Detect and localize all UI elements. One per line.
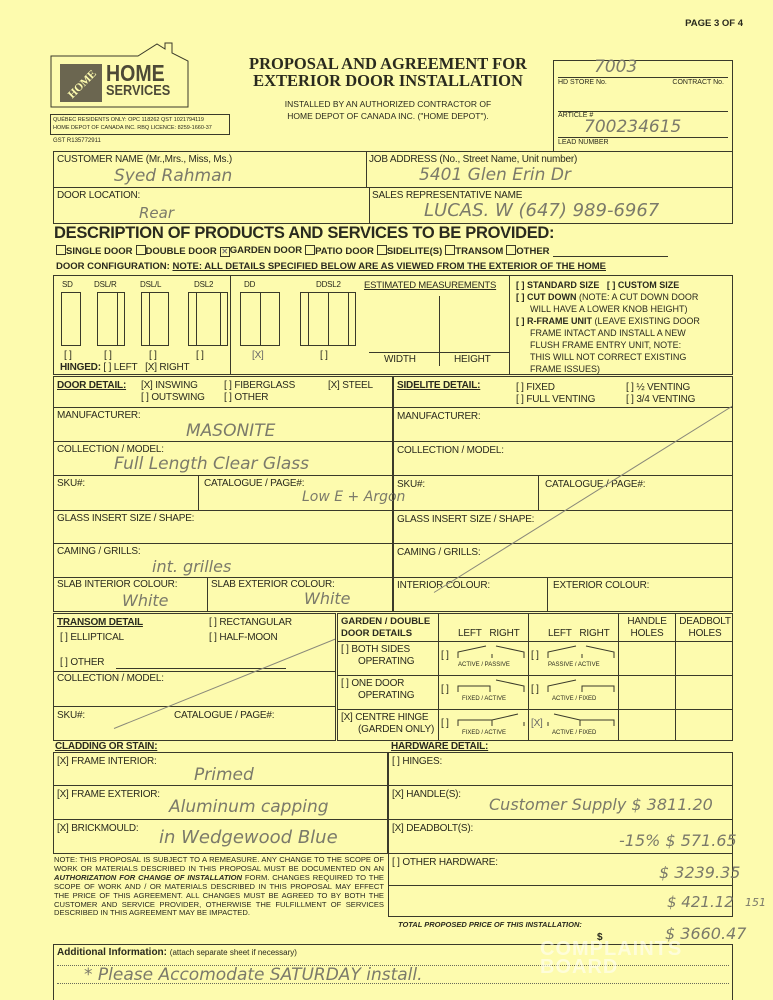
hardware-block: [ ] HINGES: [X] HANDLE(S): Customer Supp…: [388, 752, 733, 917]
passive-active-caption: PASSIVE / ACTIVE: [548, 662, 600, 668]
config-sd-diagram: [61, 292, 81, 346]
subtitle-line-2: HOME DEPOT OF CANADA INC. ("HOME DEPOT")…: [228, 110, 548, 122]
centre-fixed-active-caption: FIXED / ACTIVE: [462, 730, 506, 736]
hardware-heading: HARDWARE DETAIL:: [391, 741, 488, 752]
checkbox-icon[interactable]: [305, 245, 315, 255]
config-dsl2-checkbox[interactable]: [ ]: [196, 350, 204, 361]
door-type-options: SINGLE DOOR DOUBLE DOOR ✕GARDEN DOOR PAT…: [56, 245, 668, 257]
inswing-checkbox[interactable]: [X] INSWING: [141, 380, 198, 391]
quebec-info-box: QUÉBEC RESIDENTS ONLY: OPC 118262 QST 10…: [50, 114, 230, 135]
config-dsll-diagram: [141, 292, 169, 346]
active-passive-checkbox[interactable]: [ ]: [441, 650, 449, 661]
grills-label: CAMING / GRILLS:: [57, 546, 141, 557]
watermark: COMPLAINTS BOARD: [540, 940, 682, 976]
config-ddsl2-checkbox[interactable]: [ ]: [320, 350, 328, 361]
checkbox-icon[interactable]: [445, 245, 455, 255]
transom-model-label: COLLECTION / MODEL:: [57, 673, 164, 684]
transom-other-checkbox[interactable]: [ ] OTHER: [60, 657, 104, 668]
subtitle-line-1: INSTALLED BY AN AUTHORIZED CONTRACTOR OF: [228, 98, 548, 110]
sales-rep-field[interactable]: LUCAS. W (647) 989-6967: [424, 200, 659, 221]
model-field[interactable]: Full Length Clear Glass: [114, 454, 309, 474]
door-type-double[interactable]: DOUBLE DOOR: [136, 245, 217, 257]
frame-exterior-field[interactable]: Aluminum capping: [169, 797, 329, 817]
left-right-header-1: LEFT RIGHT: [458, 628, 520, 639]
garden-double-door-block: GARDEN / DOUBLE DOOR DETAILS LEFT RIGHT …: [337, 613, 733, 741]
quebec-line-2: HOME DEPOT OF CANADA INC. RBQ LICENCE: 8…: [53, 124, 227, 132]
cladding-heading: CLADDING OR STAIN:: [55, 741, 157, 752]
tax-field[interactable]: $ 421.12: [667, 893, 734, 911]
hinged-label: HINGED: [ ] LEFT [X] RIGHT: [60, 362, 189, 373]
glass-insert-label: GLASS INSERT SIZE / SHAPE:: [57, 513, 194, 524]
door-swing-diagram-icon: [456, 712, 526, 728]
slab-interior-label: SLAB INTERIOR COLOUR:: [57, 579, 177, 590]
sidelite-manufacturer-label: MANUFACTURER:: [397, 411, 481, 422]
transom-sku-label: SKU#:: [57, 710, 85, 721]
config-dd-checkbox[interactable]: [X]: [252, 350, 264, 361]
slab-exterior-field[interactable]: White: [304, 589, 351, 608]
one-door-operating-option[interactable]: [ ] ONE DOOROPERATING: [341, 678, 414, 702]
door-swing-diagram-icon: [546, 712, 616, 728]
garden-double-heading: GARDEN / DOUBLE DOOR DETAILS: [341, 616, 430, 640]
door-location-label: DOOR LOCATION:: [57, 190, 140, 201]
outswing-checkbox[interactable]: [ ] OUTSWING: [141, 392, 205, 403]
config-ddsl2-diagram: [300, 292, 356, 346]
config-dsll-label: DSL/L: [140, 280, 161, 289]
config-dd-label: DD: [244, 280, 255, 289]
description-heading: DESCRIPTION OF PRODUCTS AND SERVICES TO …: [54, 224, 554, 243]
config-label: DOOR CONFIGURATION:: [56, 261, 170, 272]
sidelite-sku-label: SKU#:: [397, 479, 425, 490]
config-dd-diagram: [240, 292, 280, 346]
config-dslr-checkbox[interactable]: [ ]: [104, 350, 112, 361]
door-type-transom[interactable]: TRANSOM: [445, 245, 503, 257]
sidelite-three-quarter-venting-checkbox[interactable]: [ ] 3/4 VENTING: [626, 394, 695, 405]
form-title: PROPOSAL AND AGREEMENT FOR EXTERIOR DOOR…: [228, 55, 548, 89]
width-label: WIDTH: [384, 354, 416, 365]
sidelite-catalogue-label: CATALOGUE / PAGE#:: [545, 479, 645, 490]
page-indicator: PAGE 3 OF 4: [685, 18, 743, 29]
checkbox-icon[interactable]: [56, 245, 66, 255]
both-sides-operating-option[interactable]: [ ] BOTH SIDESOPERATING: [341, 644, 414, 668]
cut-down-checkbox[interactable]: [ ] CUT DOWN: [516, 292, 577, 302]
door-swing-diagram-icon: [546, 644, 616, 660]
frame-interior-field[interactable]: Primed: [194, 765, 254, 785]
hd-store-label: HD STORE No.: [558, 79, 607, 86]
rectangular-checkbox[interactable]: [ ] RECTANGULAR: [209, 617, 292, 628]
door-detail-heading: DOOR DETAIL:: [57, 380, 126, 391]
sidelite-glass-label: GLASS INSERT SIZE / SHAPE:: [397, 514, 534, 525]
title-line-1: PROPOSAL AND AGREEMENT FOR: [228, 55, 548, 72]
hd-store-value[interactable]: 7003: [594, 57, 637, 77]
sidelite-fixed-checkbox[interactable]: [ ] FIXED: [516, 382, 555, 393]
sidelite-detail-block: SIDELITE DETAIL: [ ] FIXED [ ] FULL VENT…: [393, 376, 733, 612]
transom-detail-block: TRANSOM DETAIL [ ] ELLIPTICAL [ ] RECTAN…: [53, 613, 336, 741]
slab-interior-field[interactable]: White: [122, 591, 169, 610]
config-note: NOTE: ALL DETAILS SPECIFIED BELOW ARE AS…: [172, 261, 606, 272]
door-other-checkbox[interactable]: [ ] OTHER: [224, 392, 268, 403]
brickmould-field[interactable]: in Wedgewood Blue: [159, 827, 338, 848]
title-line-2: EXTERIOR DOOR INSTALLATION: [228, 72, 548, 89]
fixed-active-checkbox[interactable]: [ ]: [441, 684, 449, 695]
door-type-patio[interactable]: PATIO DOOR: [305, 245, 374, 257]
checkbox-icon[interactable]: [136, 245, 146, 255]
checkbox-checked-icon[interactable]: ✕: [220, 247, 230, 257]
home-services-logo: HOME HOME SERVICES: [50, 36, 190, 108]
frame-exterior-checkbox[interactable]: [X] FRAME EXTERIOR:: [57, 789, 160, 800]
config-dslr-diagram: [97, 292, 125, 346]
job-address-label: JOB ADDRESS (No., Street Name, Unit numb…: [369, 154, 577, 165]
logo-services: SERVICES: [106, 83, 170, 99]
customer-name-field[interactable]: Syed Rahman: [114, 166, 232, 186]
transom-heading: TRANSOM DETAIL: [57, 617, 143, 628]
checkbox-icon[interactable]: [506, 245, 516, 255]
sidelite-half-venting-checkbox[interactable]: [ ] ½ VENTING: [626, 382, 690, 393]
catalogue-label: CATALOGUE / PAGE#:: [204, 478, 304, 489]
job-address-field[interactable]: 5401 Glen Erin Dr: [419, 165, 571, 185]
form-subtitle: INSTALLED BY AN AUTHORIZED CONTRACTOR OF…: [228, 98, 548, 122]
total-price-label: TOTAL PROPOSED PRICE OF THIS INSTALLATIO…: [398, 920, 582, 929]
customer-name-label: CUSTOMER NAME (Mr.,Mrs., Miss, Ms.): [57, 154, 232, 165]
centre-active-fixed-caption: ACTIVE / FIXED: [552, 730, 596, 736]
sidelite-heading: SIDELITE DETAIL:: [397, 380, 480, 391]
door-configuration-note: DOOR CONFIGURATION: NOTE: ALL DETAILS SP…: [56, 261, 606, 272]
door-configuration-block: SD [ ] DSL/R [ ] DSL/L [ ] DSL2 [ ] DD […: [53, 275, 733, 375]
door-type-single[interactable]: SINGLE DOOR: [56, 245, 133, 257]
contract-label: CONTRACT No.: [672, 79, 724, 86]
additional-info-label: Additional Information: (attach separate…: [57, 947, 297, 958]
customer-block: CUSTOMER NAME (Mr.,Mrs., Miss, Ms.) Syed…: [53, 151, 733, 224]
store-info-box: 7003 HD STORE No. CONTRACT No. ARTICLE #…: [553, 60, 733, 152]
manufacturer-field[interactable]: MASONITE: [186, 421, 275, 441]
fiberglass-checkbox[interactable]: [ ] FIBERGLASS: [224, 380, 295, 391]
active-fixed-checkbox[interactable]: [ ]: [531, 684, 539, 695]
hinges-checkbox[interactable]: [ ] HINGES:: [392, 756, 442, 767]
hinged-left-checkbox[interactable]: [ ] LEFT: [103, 362, 137, 373]
door-type-sidelite[interactable]: SIDELITE(S): [377, 245, 442, 257]
height-label: HEIGHT: [454, 354, 491, 365]
gst-number: GST R135772911: [53, 138, 101, 144]
custom-size-checkbox[interactable]: [ ] CUSTOM SIZE: [607, 280, 679, 290]
door-swing-diagram-icon: [456, 678, 526, 694]
additional-info-field[interactable]: * Please Accomodate SATURDAY install.: [84, 965, 423, 985]
size-options: [ ] STANDARD SIZE [ ] CUSTOM SIZE [ ] CU…: [516, 279, 700, 375]
sidelite-exterior-colour-label: EXTERIOR COLOUR:: [553, 580, 649, 591]
door-swing-diagram-icon: [456, 644, 526, 660]
config-dslr-label: DSL/R: [94, 280, 117, 289]
sku-label: SKU#:: [57, 478, 85, 489]
subtotal-field[interactable]: $ 3239.35: [659, 863, 740, 882]
config-sd-checkbox[interactable]: [ ]: [64, 350, 72, 361]
active-passive-caption: ACTIVE / PASSIVE: [458, 662, 510, 668]
elliptical-checkbox[interactable]: [ ] ELLIPTICAL: [60, 632, 124, 643]
active-fixed-caption: ACTIVE / FIXED: [552, 696, 596, 702]
remeasure-note: NOTE: THIS PROPOSAL IS SUBJECT TO A REME…: [54, 856, 384, 918]
checkbox-icon[interactable]: [377, 245, 387, 255]
frame-interior-checkbox[interactable]: [X] FRAME INTERIOR:: [57, 756, 157, 767]
config-sd-label: SD: [62, 280, 73, 289]
transom-catalogue-label: CATALOGUE / PAGE#:: [174, 710, 274, 721]
deadbolt-holes-header: DEADBOLTHOLES: [676, 616, 734, 640]
strike-through-line: [434, 401, 733, 593]
deadbolts-checkbox[interactable]: [X] DEADBOLT(S):: [392, 823, 473, 834]
estimated-measurements-label: ESTIMATED MEASUREMENTS: [364, 280, 496, 291]
door-location-field[interactable]: Rear: [139, 204, 174, 222]
config-dsl2-label: DSL2: [194, 280, 213, 289]
left-right-header-2: LEFT RIGHT: [548, 628, 610, 639]
other-type-line[interactable]: [553, 245, 668, 257]
config-ddsl2-label: DDSL2: [316, 280, 341, 289]
door-type-garden[interactable]: ✕GARDEN DOOR: [220, 245, 302, 257]
hinged-right-checkbox[interactable]: [X] RIGHT: [145, 362, 189, 373]
r-frame-checkbox[interactable]: [ ] R-FRAME UNIT: [516, 316, 592, 326]
catalogue-field[interactable]: Low E + Argon: [302, 489, 405, 505]
door-type-other[interactable]: OTHER: [506, 245, 549, 257]
centre-fixed-active-checkbox[interactable]: [ ]: [441, 718, 449, 729]
sidelite-grills-label: CAMING / GRILLS:: [397, 547, 481, 558]
handle-holes-header: HANDLEHOLES: [621, 616, 673, 640]
fixed-active-caption: FIXED / ACTIVE: [462, 696, 506, 702]
half-moon-checkbox[interactable]: [ ] HALF-MOON: [209, 632, 278, 643]
centre-active-fixed-checkbox[interactable]: [X]: [531, 718, 543, 729]
handles-checkbox[interactable]: [X] HANDLE(S):: [392, 789, 461, 800]
manufacturer-label: MANUFACTURER:: [57, 410, 141, 421]
config-dsl2-diagram: [188, 292, 228, 346]
door-swing-diagram-icon: [546, 678, 616, 694]
logo-home: HOME: [106, 62, 165, 84]
config-dsll-checkbox[interactable]: [ ]: [149, 350, 157, 361]
other-hardware-checkbox[interactable]: [ ] OTHER HARDWARE:: [392, 857, 498, 868]
handles-field[interactable]: Customer Supply $ 3811.20: [489, 795, 713, 814]
door-detail-block: DOOR DETAIL: [X] INSWING [ ] OUTSWING [ …: [53, 376, 393, 612]
sidelite-full-venting-checkbox[interactable]: [ ] FULL VENTING: [516, 394, 595, 405]
tax-margin-note: 151: [745, 896, 766, 909]
grills-field[interactable]: int. grilles: [152, 557, 231, 576]
centre-hinge-option[interactable]: [X] CENTRE HINGE(GARDEN ONLY): [341, 712, 434, 736]
deadbolts-field[interactable]: -15% $ 571.65: [619, 831, 737, 850]
passive-active-checkbox[interactable]: [ ]: [531, 650, 539, 661]
cladding-block: [X] FRAME INTERIOR: Primed [X] FRAME EXT…: [53, 752, 388, 854]
sidelite-model-label: COLLECTION / MODEL:: [397, 445, 504, 456]
lead-number-label: LEAD NUMBER: [558, 139, 609, 146]
brickmould-checkbox[interactable]: [X] BRICKMOULD:: [57, 823, 138, 834]
steel-checkbox[interactable]: [X] STEEL: [328, 380, 373, 391]
lead-number-value[interactable]: 700234615: [584, 117, 681, 137]
standard-size-checkbox[interactable]: [ ] STANDARD SIZE: [516, 280, 599, 290]
quebec-line-1: QUÉBEC RESIDENTS ONLY: OPC 118262 QST 10…: [53, 116, 227, 124]
